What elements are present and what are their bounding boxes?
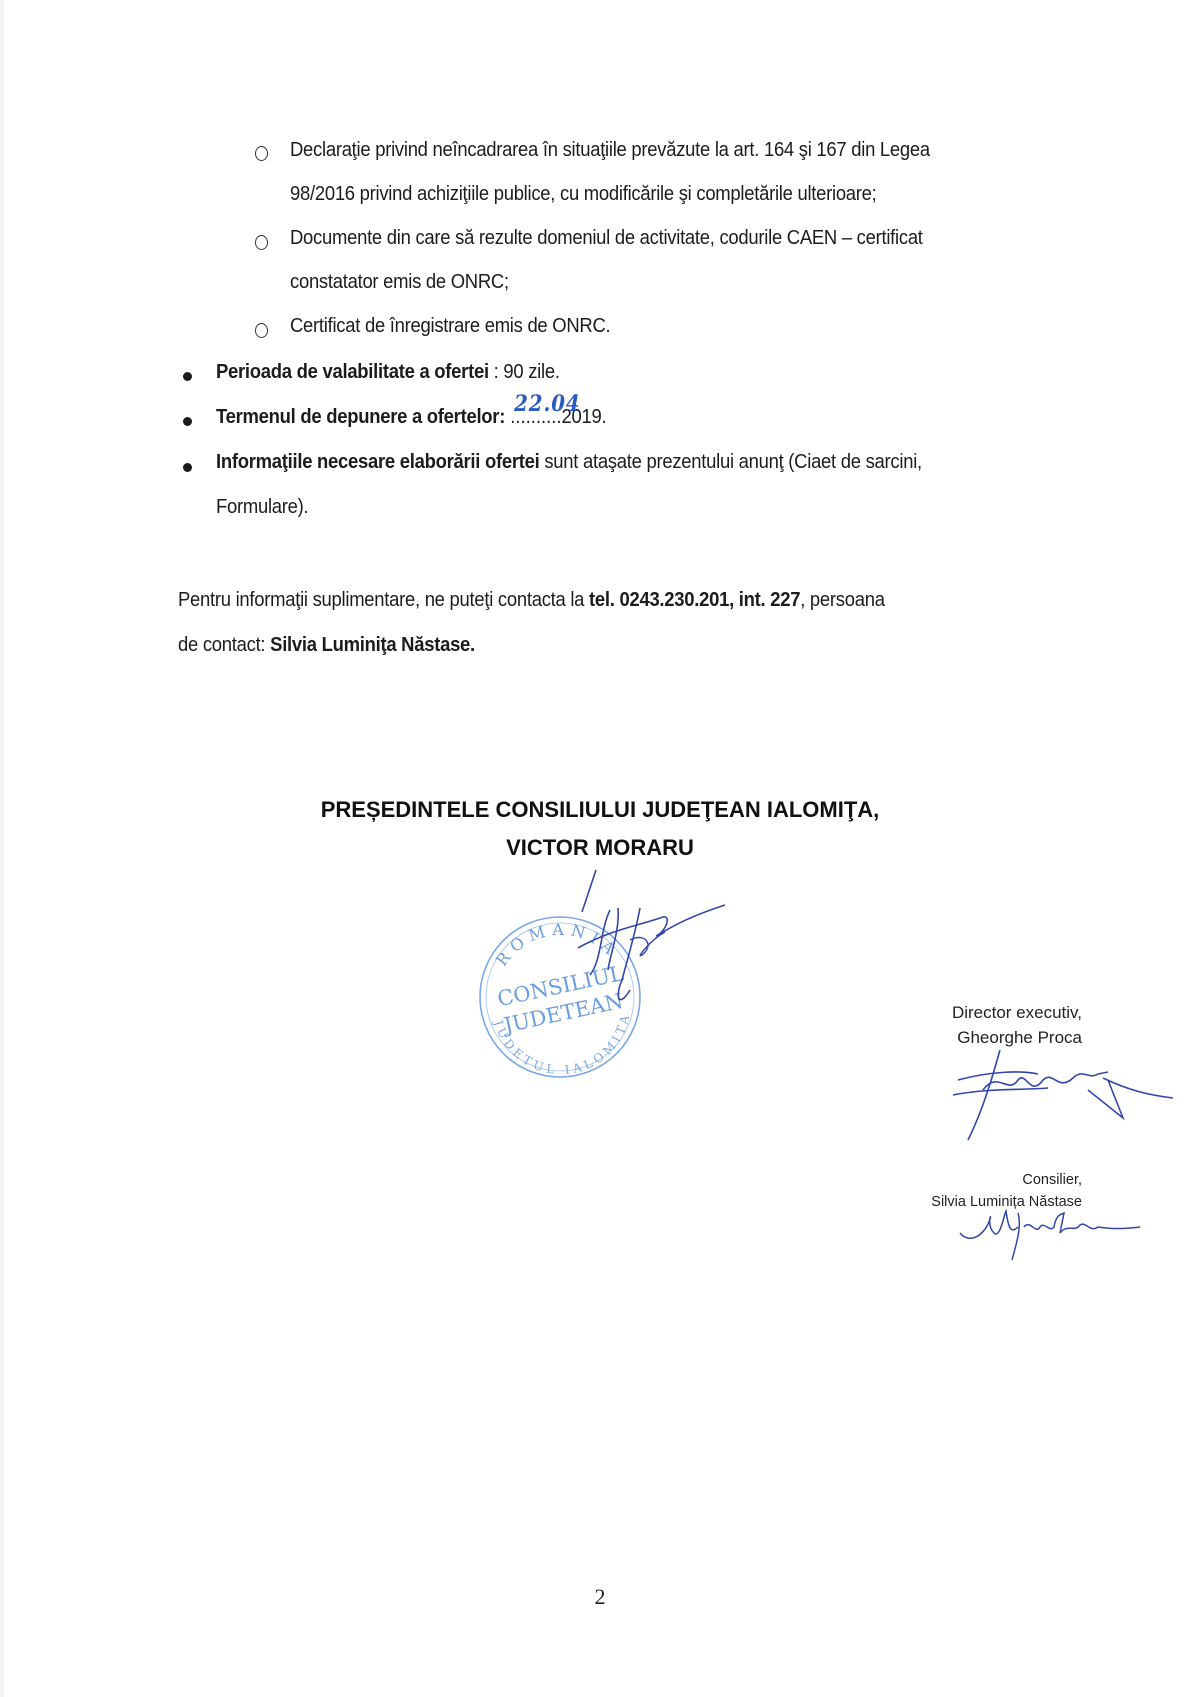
signatory-title: PREȘEDINTELE CONSILIULUI JUDEŢEAN IALOMI… xyxy=(0,797,1200,823)
validity-value: : 90 zile. xyxy=(489,360,560,383)
deadline-line: Termenul de depunere a ofertelor: ......… xyxy=(216,405,606,429)
contact-line2-prefix: de contact: xyxy=(178,633,270,656)
director-signature-icon xyxy=(948,1050,1173,1145)
sub-item-3-line-1: Certificat de înregistrare emis de ONRC. xyxy=(290,314,610,338)
bullet-icon xyxy=(183,417,192,426)
page-number: 2 xyxy=(0,1584,1200,1610)
sub-item-2-line-2: constatator emis de ONRC; xyxy=(290,270,509,294)
contact-line-2: de contact: Silvia Luminiţa Năstase. xyxy=(178,633,475,657)
bullet-icon xyxy=(183,463,192,472)
contact-phone: tel. 0243.230.201, int. 227 xyxy=(589,588,800,611)
counselor-role: Consilier, xyxy=(1022,1172,1082,1188)
validity-line: Perioada de valabilitate a ofertei : 90 … xyxy=(216,360,560,384)
info-continuation: Formulare). xyxy=(216,495,308,519)
counselor-signature-icon xyxy=(960,1205,1140,1265)
handwritten-date: 22.04 xyxy=(514,391,581,417)
sub-item-1-line-1: Declaraţie privind neîncadrarea în situa… xyxy=(290,138,930,162)
contact-prefix: Pentru informaţii suplimentare, ne puteţ… xyxy=(178,588,589,611)
director-role: Director executiv, xyxy=(952,1003,1082,1023)
info-label: Informaţiile necesare elaborării ofertei xyxy=(216,450,539,473)
sub-item-2-line-1: Documente din care să rezulte domeniul d… xyxy=(290,226,923,250)
deadline-label: Termenul de depunere a ofertelor: xyxy=(216,405,505,428)
contact-suffix: , persoana xyxy=(800,588,884,611)
circle-bullet-icon xyxy=(255,235,268,250)
info-value: sunt ataşate prezentului anunţ (Ciaet de… xyxy=(539,450,921,473)
circle-bullet-icon xyxy=(255,323,268,338)
circle-bullet-icon xyxy=(255,146,268,161)
bullet-icon xyxy=(183,372,192,381)
director-name: Gheorghe Proca xyxy=(957,1028,1082,1048)
info-line: Informaţiile necesare elaborării ofertei… xyxy=(216,450,922,474)
validity-label: Perioada de valabilitate a ofertei xyxy=(216,360,489,383)
president-signature-icon xyxy=(560,870,730,1020)
signatory-name: VICTOR MORARU xyxy=(0,835,1200,861)
contact-person: Silvia Luminiţa Năstase. xyxy=(270,633,475,656)
contact-line-1: Pentru informaţii suplimentare, ne puteţ… xyxy=(178,588,885,612)
sub-item-1-line-2: 98/2016 privind achiziţiile publice, cu … xyxy=(290,182,877,206)
